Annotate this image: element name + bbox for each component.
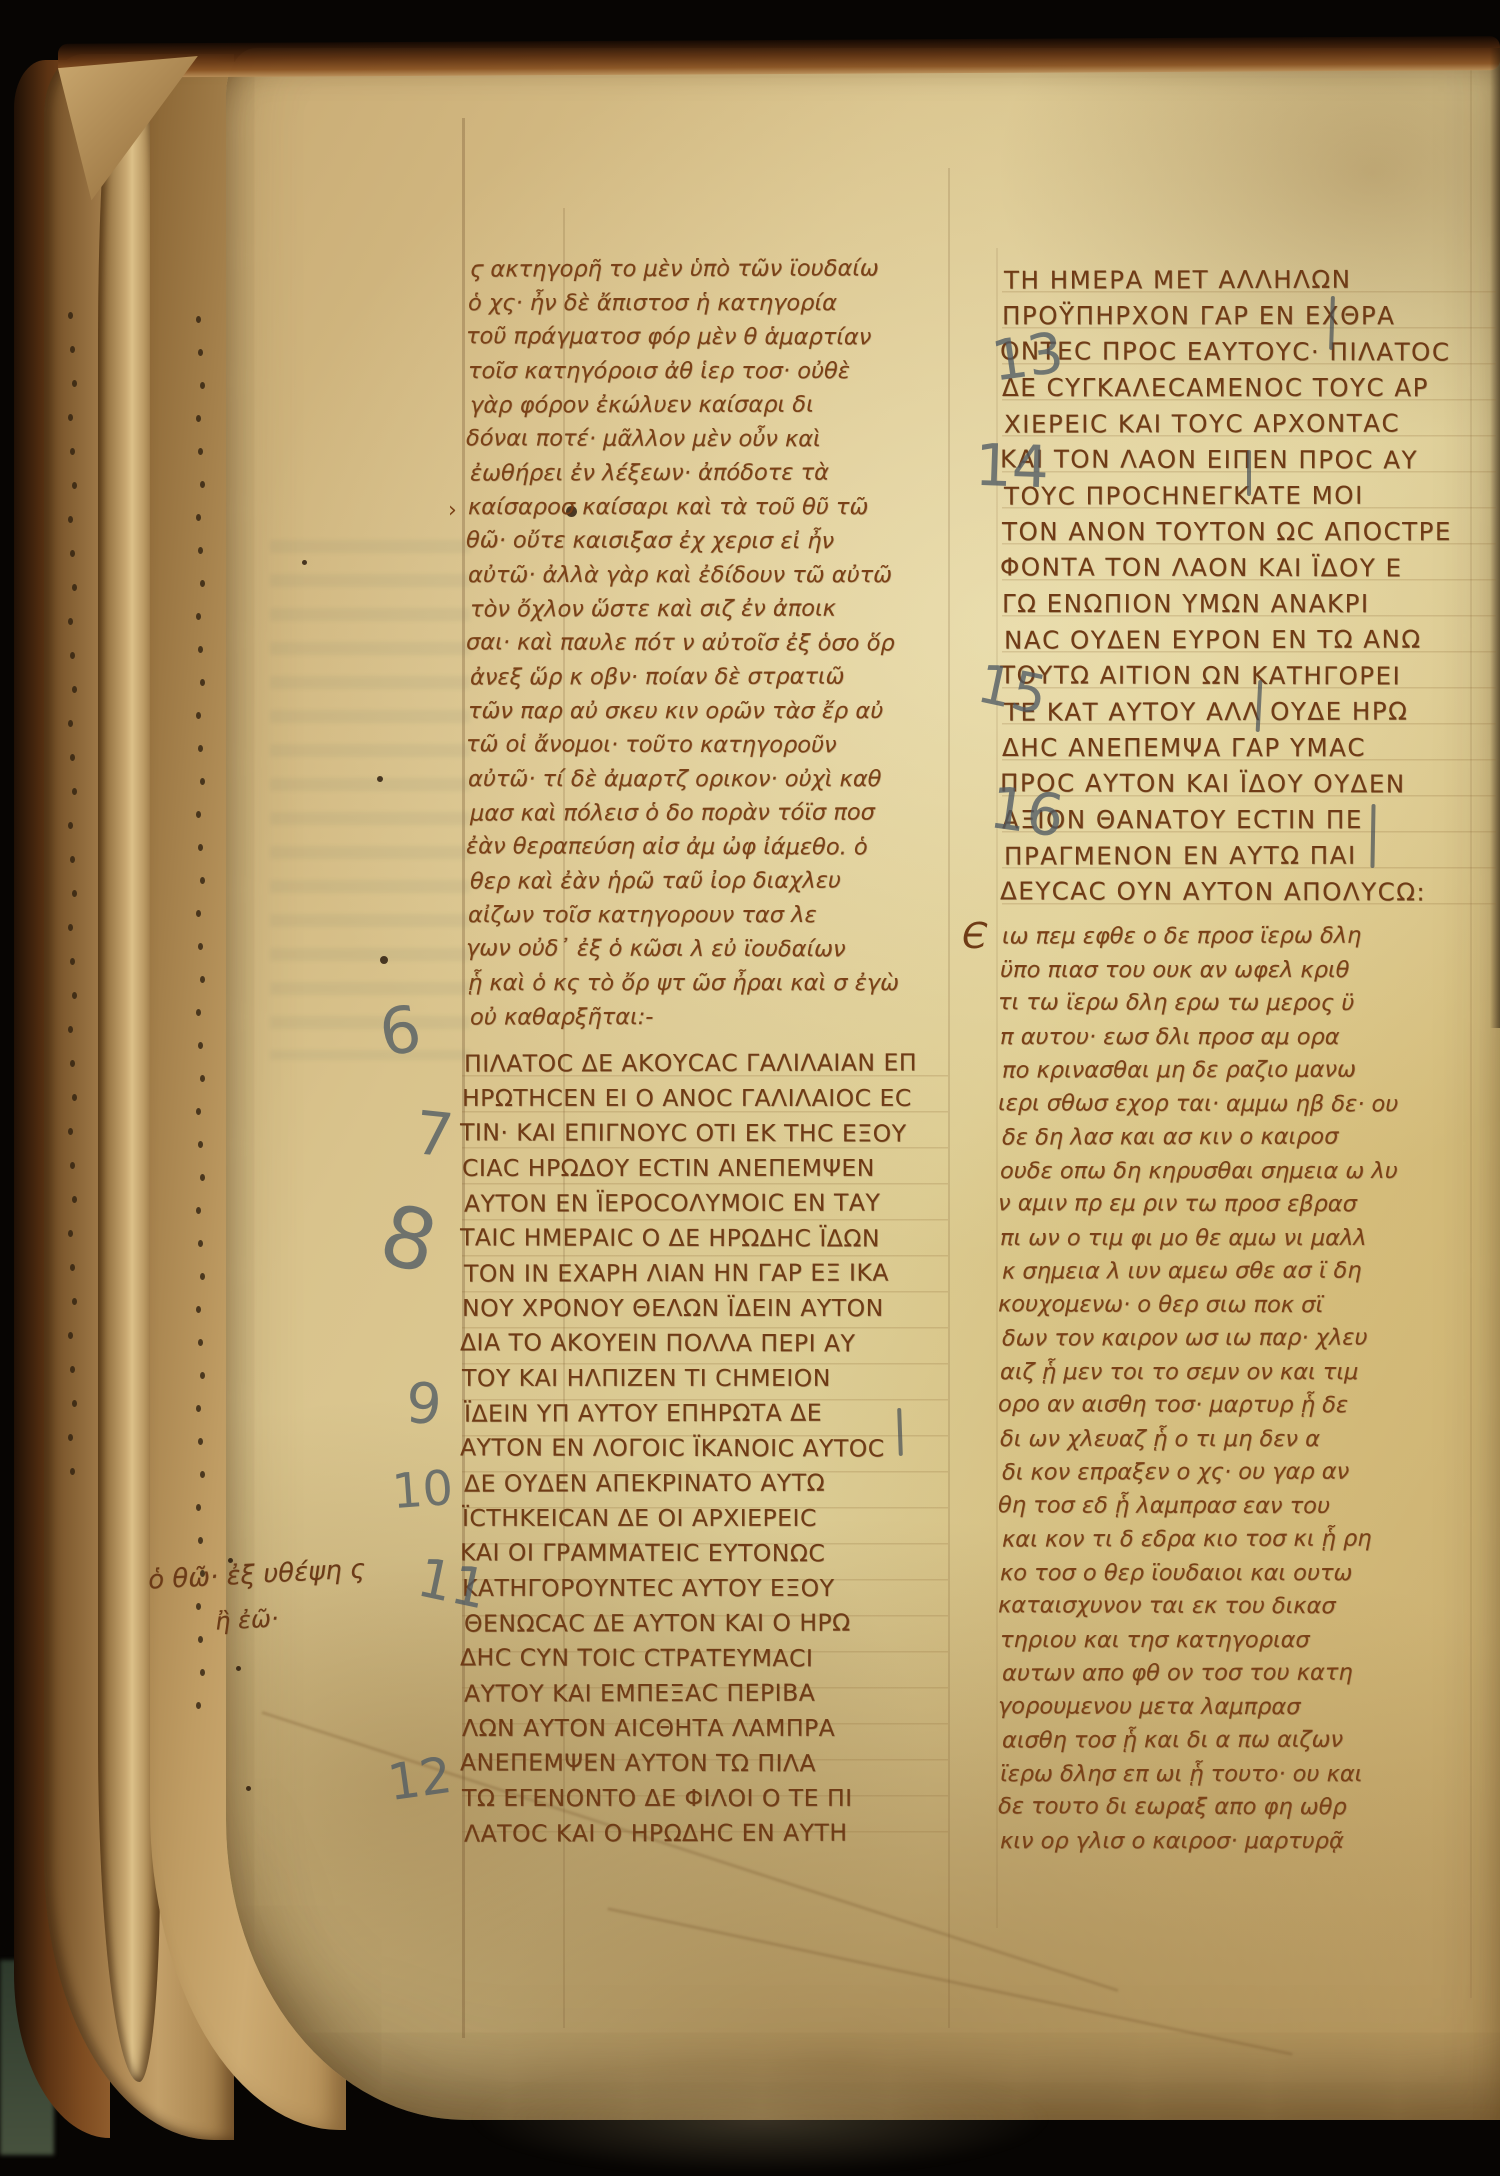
prick-mark-dot: [198, 1339, 203, 1346]
prick-mark-dot: [198, 1537, 203, 1544]
diple-quotation-mark: ›: [448, 498, 457, 523]
text-line: ΤΟΥ ΚΑΙ ΗΛΠΙΖΕΝ ΤΙ CΗΜΕΙΟΝ: [462, 1361, 948, 1396]
prick-mark-dot: [68, 720, 73, 727]
text-line: θερ καὶ ἐὰν ἡρῶ ταῦ ἰορ διαχλευ: [470, 863, 948, 898]
text-line: καταισχυνον ται εκ του δικασ: [998, 1589, 1494, 1624]
text-line: δι κον επραξεν ο χς· ου γαρ αν: [1002, 1455, 1498, 1490]
text-line: τῶν παρ αὐ σκευ κιν ορῶν τὰσ ἔρ αὐ: [468, 694, 946, 728]
prick-mark-dot: [198, 943, 203, 950]
text-line: ΗΡΩΤΗCΕΝ ΕΙ Ο ΑΝΟC ΓΑΛΙΛΑΙΟC ΕC: [462, 1081, 948, 1116]
prick-mark-dot: [196, 1207, 201, 1214]
prick-mark-dot: [196, 316, 201, 323]
prick-mark-dot: [70, 958, 75, 965]
prick-mark-dot: [70, 856, 75, 863]
text-line: τοῖσ κατηγόροισ ἀθ ἱερ τοσ· οὐθὲ: [468, 354, 946, 388]
text-line: ΑΥΤΟΝ ΕΝ ΛΟΓΟΙC ΪΚΑΝΟΙC ΑΥΤΟC: [460, 1430, 946, 1466]
text-line: ἀνεξ ὥρ κ οβν· ποίαν δὲ στρατιῶ: [470, 659, 948, 694]
text-line: ΔΕ CΥΓΚΑΛΕCΑΜΕΝΟC ΤΟΥC ΑΡ: [1002, 370, 1496, 406]
prick-mark-dot: [196, 1405, 201, 1412]
text-line: ΔΗC ΑΝΕΠΕΜΨΑ ΓΑΡ ΥΜΑC: [1002, 730, 1496, 766]
prick-mark-dot: [200, 1372, 205, 1379]
prick-mark-dot: [68, 1332, 73, 1339]
prick-mark-dot: [196, 910, 201, 917]
text-line: ΤΙΝ· ΚΑΙ ΕΠΙΓΝΟΥC ΟΤΙ ΕΚ ΤΗC ΕΞΟΥ: [460, 1115, 946, 1151]
prick-mark-dot: [196, 1108, 201, 1115]
prick-mark-dot: [196, 514, 201, 521]
prick-mark-dot: [70, 448, 75, 455]
pencil-verse-number: 7: [411, 1098, 456, 1172]
text-line: ΚΑΙ ΟΙ ΓΡΑΜΜΑΤΕΙC ΕΥΤΟΝΩC: [460, 1535, 946, 1571]
pencil-verse-number: 9: [404, 1371, 444, 1438]
text-line: ΔΙΑ ΤΟ ΑΚΟΥΕΙΝ ΠΟΛΛΑ ΠΕΡΙ ΑΥ: [460, 1325, 946, 1361]
text-line: ορο αν αισθη τοσ· μαρτυρ ᾗ δε: [998, 1388, 1494, 1423]
prick-mark-dot: [72, 380, 77, 387]
text-line: ΛΩΝ ΑΥΤΟΝ ΑΙCΘΗΤΑ ΛΑΜΠΡΑ: [462, 1711, 948, 1746]
text-line: ΪΔΕΙΝ ΥΠ ΑΥΤΟΥ ΕΠΗΡΩΤΑ ΔΕ: [464, 1395, 950, 1431]
text-line: ϋπο πιασ του ουκ αν ωφελ κριθ: [1000, 954, 1496, 988]
text-line: τηριου και τησ κατηγοριασ: [1000, 1624, 1496, 1658]
text-line: ϊερω δλησ επ ωι ᾗ τουτο· ου και: [1000, 1758, 1496, 1792]
prick-mark-dot: [200, 1075, 205, 1082]
prick-mark-dot: [196, 811, 201, 818]
text-line: γων οὐδ᾽ ἐξ ὁ κῶσι λ εὐ ϊουδαίων: [466, 931, 944, 966]
text-line: αὐτῶ· τί δὲ ἀμαρτζ ορικον· οὐχὶ καθ: [468, 762, 946, 796]
pencil-verse-number: 12: [384, 1746, 455, 1812]
prick-mark-dot: [198, 1240, 203, 1247]
verso-bleedthrough: [270, 540, 470, 1060]
prick-mark-dot: [196, 1603, 201, 1610]
text-line: ν αμιν πρ εμ ριν τω προσ εβρασ: [998, 1187, 1494, 1222]
text-line: πι ων ο τιμ φι μο θε αμω νι μαλλ: [1000, 1222, 1496, 1256]
prick-mark-dot: [70, 550, 75, 557]
text-line: ΑΝΕΠΕΜΨΕΝ ΑΥΤΟΝ ΤΩ ΠΙΛΑ: [460, 1745, 946, 1781]
crease-line: [607, 1907, 1292, 2055]
prick-mark-dot: [68, 516, 73, 523]
prick-mark-dot: [70, 1366, 75, 1373]
prick-mark-dot: [198, 646, 203, 653]
ink-speck: [236, 1666, 241, 1671]
text-line: ΤΕ ΚΑΤ ΑΥΤΟΥ ΑΛΛ ΟΥΔΕ ΗΡΩ: [1004, 693, 1498, 730]
ink-speck: [302, 560, 307, 565]
text-line: ΓΩ ΕΝΩΠΙΟΝ ΥΜΩΝ ΑΝΑΚΡΙ: [1002, 586, 1496, 622]
text-line: ᾗ καὶ ὁ κς τὸ ὄρ ψτ ῶσ ἦραι καὶ σ ἐγὼ: [468, 966, 946, 1000]
column-ruling-line: [948, 168, 950, 2028]
pencil-verse-divider-stroke: [1247, 450, 1251, 496]
prick-mark-dot: [196, 1504, 201, 1511]
text-line: ΑΥΤΟΥ ΚΑΙ ΕΜΠΕΞΑC ΠΕΡΙΒΑ: [464, 1675, 950, 1711]
prick-mark-dot: [68, 1230, 73, 1237]
text-line: καίσαροσ καίσαρι καὶ τὰ τοῦ θῦ τῶ: [468, 490, 946, 524]
text-line: ΛΑΤΟC ΚΑΙ Ο ΗΡΩΔΗC ΕΝ ΑΥΤΗ: [464, 1815, 950, 1851]
text-line: σαι· καὶ παυλε πότ ν αὐτοῖσ ἐξ ὁσο ὅρ: [466, 625, 944, 660]
text-line: ουδε οπω δη κηρυσθαι σημεια ω λυ: [1000, 1155, 1496, 1189]
ink-speck: [380, 956, 388, 964]
text-line: κ σημεια λ ιυν αμεω σθε ασ ϊ δη: [1002, 1254, 1498, 1289]
bottom-light-glow: [470, 2064, 1050, 2174]
prick-mark-dot: [200, 877, 205, 884]
pencil-verse-number: 10: [390, 1460, 455, 1520]
prick-mark-dot: [200, 1273, 205, 1280]
prick-mark-dot: [200, 481, 205, 488]
text-line: δι ων χλευαζ ᾗ ο τι μη δεν α: [1000, 1423, 1496, 1457]
pencil-verse-number: 14: [974, 431, 1050, 502]
prick-mark-dot: [196, 415, 201, 422]
text-line: αισθη τοσ ᾗ και δι α πω αιζων: [1002, 1723, 1498, 1758]
text-line: δε δη λασ και ασ κιν ο καιροσ: [1002, 1120, 1498, 1155]
text-line: δων τον καιρον ωσ ιω παρ· χλευ: [1002, 1321, 1498, 1356]
prick-mark-dot: [72, 1298, 77, 1305]
right-column-commentary: ιω πεμ εφθε ο δε προσ ϊερω δληϋπο πιασ τ…: [1000, 920, 1496, 1858]
text-line: οὐ καθαρξῆται:-: [470, 999, 948, 1034]
prick-mark-dot: [70, 1468, 75, 1475]
prick-mark-dot: [72, 482, 77, 489]
text-line: ΤΗ ΗΜΕΡΑ ΜΕΤ ΑΛΛΗΛΩΝ: [1004, 261, 1498, 298]
prick-mark-dot: [200, 1669, 205, 1676]
prick-mark-dot: [198, 448, 203, 455]
prick-mark-dot: [198, 1042, 203, 1049]
text-line: αἰζων τοῖσ κατηγορουν τασ λε: [468, 898, 946, 932]
prick-mark-dot: [72, 1196, 77, 1203]
text-line: ΤΟΥC ΠΡΟCΗΝΕΓΚΑΤΕ ΜΟΙ: [1004, 477, 1498, 514]
prick-mark-dot: [200, 976, 205, 983]
text-line: ΚΑΤΗΓΟΡΟΥΝΤΕC ΑΥΤΟΥ ΕΞΟΥ: [462, 1571, 948, 1606]
prick-mark-dot: [198, 349, 203, 356]
text-line: αυτων απο φθ ον τοσ του κατη: [1002, 1656, 1498, 1691]
prick-mark-dot: [68, 1026, 73, 1033]
prick-mark-dot: [68, 414, 73, 421]
text-line: ΔΗC CΥΝ ΤΟΙC CΤΡΑΤΕΥΜΑCΙ: [460, 1640, 946, 1676]
prick-mark-dot: [196, 1702, 201, 1709]
text-line: ὁ χς· ἦν δὲ ἄπιστοσ ἡ κατηγορία: [468, 286, 946, 320]
text-line: τοῦ πράγματοσ φόρ μὲν θ ἁμαρτίαν: [466, 319, 944, 354]
text-line: κουχομενω· ο θερ σιω ποκ σϊ: [998, 1288, 1494, 1323]
text-line: ιερι σθωσ εχορ ται· αμμω ηβ δε· ου: [998, 1087, 1494, 1122]
prick-mark-dot: [196, 712, 201, 719]
text-line: κιν ορ γλισ ο καιροσ· μαρτυρᾷ: [1000, 1825, 1496, 1859]
text-line: ΤΟΝ ΙΝ ΕΧΑΡΗ ΛΙΑΝ ΗΝ ΓΑΡ ΕΞ ΙΚΑ: [464, 1255, 950, 1291]
text-line: αιζ ᾗ μεν τοι το σεμν ον και τιμ: [1000, 1356, 1496, 1390]
text-line: δε τουτο δι εωραξ απο φη ωθρ: [998, 1790, 1494, 1825]
prick-mark-dot: [196, 613, 201, 620]
prick-mark-dot: [72, 1400, 77, 1407]
prick-mark-dot: [200, 1471, 205, 1478]
text-line: θη τοσ εδ ᾗ λαμπρασ εαν του: [998, 1489, 1494, 1524]
prick-mark-dot: [200, 382, 205, 389]
text-line: τῶ οἱ ἄνομοι· τοῦτο κατηγοροῦν: [466, 727, 944, 762]
text-line: πο κρινασθαι μη δε ραζιο μανω: [1002, 1053, 1498, 1088]
prick-mark-dot: [68, 618, 73, 625]
prick-mark-dot: [72, 992, 77, 999]
left-column-gospel-text: ΠΙΛΑΤΟC ΔΕ ΑΚΟΥCΑC ΓΑΛΙΛΑΙΑΝ ΕΠΗΡΩΤΗCΕΝ …: [462, 1046, 948, 1851]
text-line: ΠΡΟΫΠΗΡΧΟΝ ΓΑΡ ΕΝ ΕΧΘΡΑ: [1002, 298, 1496, 334]
text-line: ΔΕ ΟΥΔΕΝ ΑΠΕΚΡΙΝΑΤΟ ΑΥΤΩ: [464, 1465, 950, 1501]
text-line: ΔΕΥCΑC ΟΥΝ ΑΥΤΟΝ ΑΠΟΛΥCΩ:: [1000, 873, 1494, 910]
right-column-gospel-text: ΤΗ ΗΜΕΡΑ ΜΕΤ ΑΛΛΗΛΩΝΠΡΟΫΠΗΡΧΟΝ ΓΑΡ ΕΝ ΕΧ…: [1002, 262, 1496, 910]
text-line: ιω πεμ εφθε ο δε προσ ϊερω δλη: [1002, 919, 1498, 954]
text-line: ἐωθήρει ἐν λέξεων· ἀπόδοτε τὰ: [470, 455, 948, 490]
text-line: ΤΑΙC ΗΜΕΡΑΙC Ο ΔΕ ΗΡΩΔΗC ΪΔΩΝ: [460, 1220, 946, 1256]
prick-mark-dot: [196, 1306, 201, 1313]
prick-mark-dot: [200, 580, 205, 587]
commentary-initial-letter: Є: [962, 916, 987, 957]
ink-speck: [377, 776, 383, 782]
left-column-commentary: ϛ ακτηγορῆ το μὲν ὑπὸ τῶν ϊουδαίωὁ χς· ἦ…: [468, 252, 946, 1034]
text-line: ἐὰν θεραπεύση αἰσ ἀμ ὠφ ἰάμεθο. ὁ: [466, 829, 944, 864]
text-line: ΑΞΙΟΝ ΘΑΝΑΤΟΥ ΕCΤΙΝ ΠΕ: [1002, 802, 1496, 838]
text-line: αὐτῶ· ἀλλὰ γὰρ καὶ ἐδίδουν τῶ αὐτῶ: [468, 558, 946, 592]
text-line: ΠΡΟC ΑΥΤΟΝ ΚΑΙ ΪΔΟΥ ΟΥΔΕΝ: [1000, 765, 1494, 802]
text-line: γὰρ φόρον ἐκώλυεν καίσαρι δι: [470, 387, 948, 422]
text-line: ΧΙΕΡΕΙC ΚΑΙ ΤΟΥC ΑΡΧΟΝΤΑC: [1004, 405, 1498, 442]
text-line: ΝΟΥ ΧΡΟΝΟΥ ΘΕΛΩΝ ΪΔΕΙΝ ΑΥΤΟΝ: [462, 1291, 948, 1326]
text-line: ΤΟΥΤΩ ΑΙΤΙΟΝ ΩΝ ΚΑΤΗΓΟΡΕΙ: [1000, 657, 1494, 694]
text-line: κο τοσ ο θερ ϊουδαιοι και ουτω: [1000, 1557, 1496, 1591]
text-line: ΝΑC ΟΥΔΕΝ ΕΥΡΟΝ ΕΝ ΤΩ ΑΝΩ: [1004, 621, 1498, 658]
prick-mark-dot: [68, 822, 73, 829]
text-line: θῶ· οὔτε καισιξασ ἐχ χερισ εἰ ἦν: [466, 523, 944, 558]
prick-mark-dot: [68, 924, 73, 931]
text-line: ϛ ακτηγορῆ το μὲν ὑπὸ τῶν ϊουδαίω: [470, 251, 948, 286]
ink-speck: [246, 1786, 251, 1791]
prick-mark-dot: [200, 778, 205, 785]
prick-mark-dot: [200, 1174, 205, 1181]
prick-mark-dot: [198, 1141, 203, 1148]
text-line: π αυτου· εωσ δλι προσ αμ ορα: [1000, 1021, 1496, 1055]
prick-mark-dot: [68, 1434, 73, 1441]
text-line: γορουμενου μετα λαμπρασ: [998, 1690, 1494, 1725]
text-line: ΤΟΝ ΑΝΟΝ ΤΟΥΤΟΝ ΩC ΑΠΟCΤΡΕ: [1002, 514, 1496, 550]
text-line: CΙΑC ΗΡΩΔΟΥ ΕCΤΙΝ ΑΝΕΠΕΜΨΕΝ: [462, 1151, 948, 1186]
prick-mark-dot: [198, 1636, 203, 1643]
prick-mark-dot: [68, 1128, 73, 1135]
prick-mark-dot: [70, 1060, 75, 1067]
text-line: ΠΡΑΓΜΕΝΟΝ ΕΝ ΑΥΤΩ ΠΑΙ: [1004, 837, 1498, 874]
text-line: ΑΥΤΟΝ ΕΝ ΪΕΡΟCΟΛΥΜΟΙC ΕΝ ΤΑΥ: [464, 1185, 950, 1221]
text-line: ΠΙΛΑΤΟC ΔΕ ΑΚΟΥCΑC ΓΑΛΙΛΑΙΑΝ ΕΠ: [464, 1045, 950, 1081]
prick-mark-dot: [70, 754, 75, 761]
prick-mark-dot: [198, 745, 203, 752]
prick-mark-dot: [72, 584, 77, 591]
text-line: τὸν ὄχλον ὥστε καὶ σιζ ἐν ἀποικ: [470, 591, 948, 626]
prick-mark-dot: [72, 1094, 77, 1101]
text-line: ΟΝΤΕC ΠΡΟC ΕΑΥΤΟΥC· ΠΙΛΑΤΟC: [1000, 333, 1494, 370]
text-line: ΤΩ ΕΓΕΝΟΝΤΟ ΔΕ ΦΙΛΟΙ Ο ΤΕ ΠΙ: [462, 1781, 948, 1816]
prick-mark-dot: [72, 686, 77, 693]
prick-mark-dot: [198, 844, 203, 851]
pencil-verse-number: 16: [986, 773, 1069, 851]
manuscript-photo: ϛ ακτηγορῆ το μὲν ὑπὸ τῶν ϊουδαίωὁ χς· ἦ…: [0, 0, 1500, 2176]
pencil-verse-number: 13: [988, 320, 1068, 394]
text-line: και κον τι δ εδρα κιο τοσ κι ᾗ ρη: [1002, 1522, 1498, 1557]
text-line: δόναι ποτέ· μᾶλλον μὲν οὖν καὶ: [466, 421, 944, 456]
text-line: ΦΟΝΤΑ ΤΟΝ ΛΑΟΝ ΚΑΙ ΪΔΟΥ Ε: [1000, 549, 1494, 586]
text-line: ΘΕΝΩCΑC ΔΕ ΑΥΤΟΝ ΚΑΙ Ο ΗΡΩ: [464, 1605, 950, 1641]
prick-mark-dot: [198, 547, 203, 554]
prick-mark-dot: [70, 1162, 75, 1169]
prick-mark-dot: [196, 1009, 201, 1016]
prick-mark-dot: [68, 312, 73, 319]
prick-mark-dot: [198, 1438, 203, 1445]
text-line: μασ καὶ πόλεισ ὁ δο πορὰν τόϊσ ποσ: [470, 795, 948, 830]
text-line: τι τω ϊερω δλη ερω τω μερος ϋ: [998, 986, 1494, 1021]
text-line: ΪCΤΗΚΕΙCΑΝ ΔΕ ΟΙ ΑΡΧΙΕΡΕΙC: [462, 1501, 948, 1536]
prick-mark-dot: [72, 890, 77, 897]
prick-mark-dot: [70, 346, 75, 353]
prick-mark-dot: [70, 652, 75, 659]
prick-mark-dot: [72, 788, 77, 795]
prick-mark-dot: [70, 1264, 75, 1271]
prick-mark-dot: [200, 679, 205, 686]
marginal-note-line2: ἢ ἐῶ·: [214, 1604, 279, 1635]
